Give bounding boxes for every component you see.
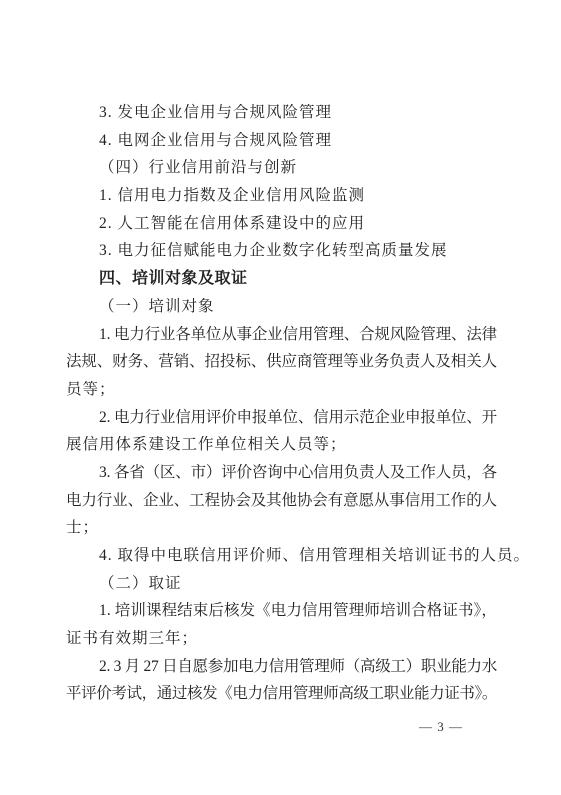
- text-line: （一）培训对象: [66, 293, 497, 321]
- text-line: 3. 电力征信赋能电力企业数字化转型高质量发展: [66, 237, 497, 265]
- text-line: 2. 3 月 27 日自愿参加电力信用管理师（高级工）职业能力水: [66, 653, 497, 681]
- text-line: 法规、财务、营销、招投标、供应商管理等业务负责人及相关人: [66, 348, 497, 376]
- document-text-block: 3. 发电企业信用与合规风险管理4. 电网企业信用与合规风险管理（四）行业信用前…: [66, 99, 497, 708]
- text-line: （二）取证: [66, 570, 497, 598]
- text-line: 3. 发电企业信用与合规风险管理: [66, 99, 497, 127]
- text-line: 3. 各省（区、市）评价咨询中心信用负责人及工作人员，各: [66, 459, 497, 487]
- text-line: 平评价考试，通过核发《电力信用管理师高级工职业能力证书》。: [66, 680, 497, 708]
- text-line: 展信用体系建设工作单位相关人员等；: [66, 431, 497, 459]
- text-line: 电力行业、企业、工程协会及其他协会有意愿从事信用工作的人: [66, 487, 497, 515]
- document-page: 3. 发电企业信用与合规风险管理4. 电网企业信用与合规风险管理（四）行业信用前…: [0, 0, 561, 795]
- text-line: 4. 取得中电联信用评价师、信用管理相关培训证书的人员。: [66, 542, 497, 570]
- text-line: 1. 信用电力指数及企业信用风险监测: [66, 182, 497, 210]
- text-line: 证书有效期三年；: [66, 625, 497, 653]
- section-heading-line: 四、培训对象及取证: [66, 265, 497, 293]
- text-line: 1. 培训课程结束后核发《电力信用管理师培训合格证书》，: [66, 597, 497, 625]
- page-number: — 3 —: [414, 718, 468, 736]
- text-line: 1. 电力行业各单位从事企业信用管理、合规风险管理、法律: [66, 321, 497, 349]
- text-line: 2. 电力行业信用评价申报单位、信用示范企业申报单位、开: [66, 404, 497, 432]
- text-line: 4. 电网企业信用与合规风险管理: [66, 127, 497, 155]
- text-line: 员等；: [66, 376, 497, 404]
- text-line: 2. 人工智能在信用体系建设中的应用: [66, 210, 497, 238]
- text-line: （四）行业信用前沿与创新: [66, 154, 497, 182]
- text-line: 士；: [66, 514, 497, 542]
